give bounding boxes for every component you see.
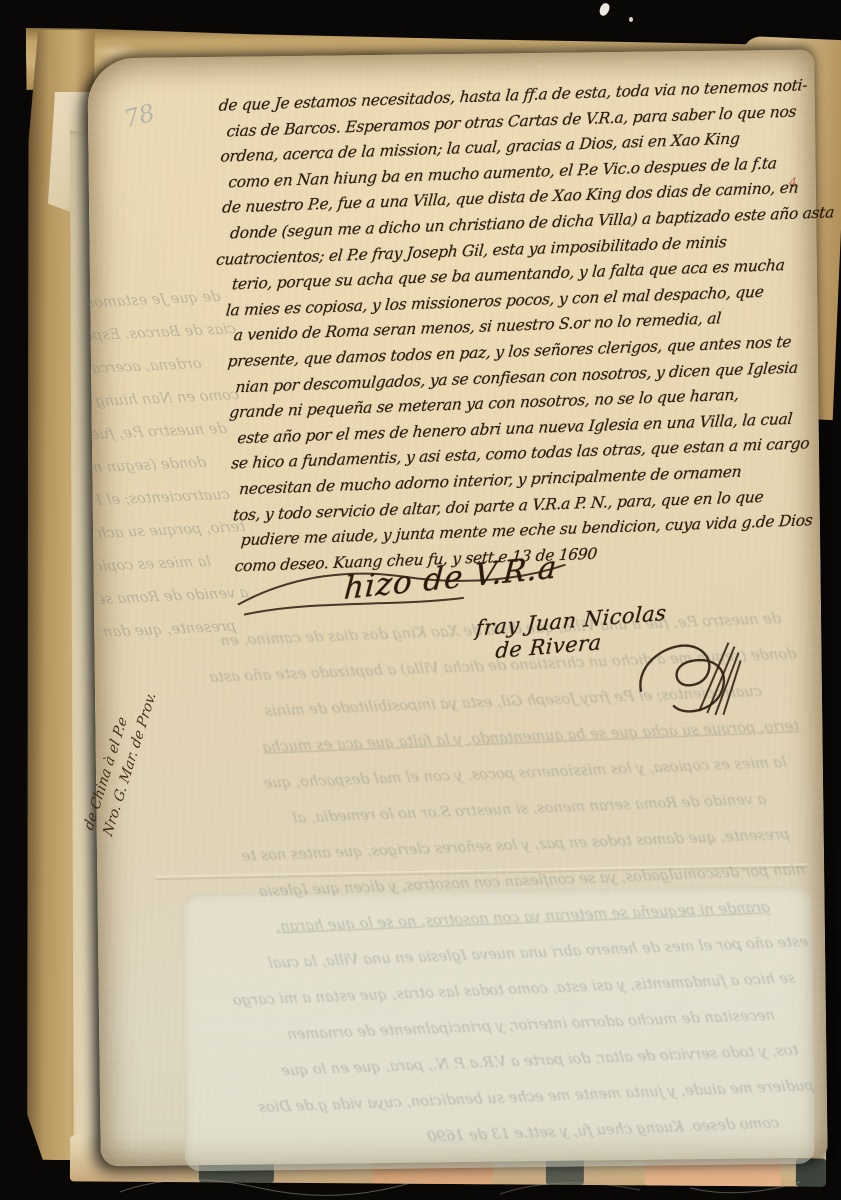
letter-body: de que Je estamos necesitados, hasta la … xyxy=(218,73,831,580)
pasted-lighter-sheet xyxy=(181,886,814,1172)
signature-rubric-flourish xyxy=(632,621,743,722)
dust-speck xyxy=(629,17,633,22)
scanned-page-scene: de que Je estamos necesitados, hasta la … xyxy=(0,0,841,1200)
dust-speck xyxy=(598,2,611,17)
manuscript-page: de que Je estamos necesitados, hasta la … xyxy=(87,50,827,1167)
stray-fibers xyxy=(0,1130,841,1200)
